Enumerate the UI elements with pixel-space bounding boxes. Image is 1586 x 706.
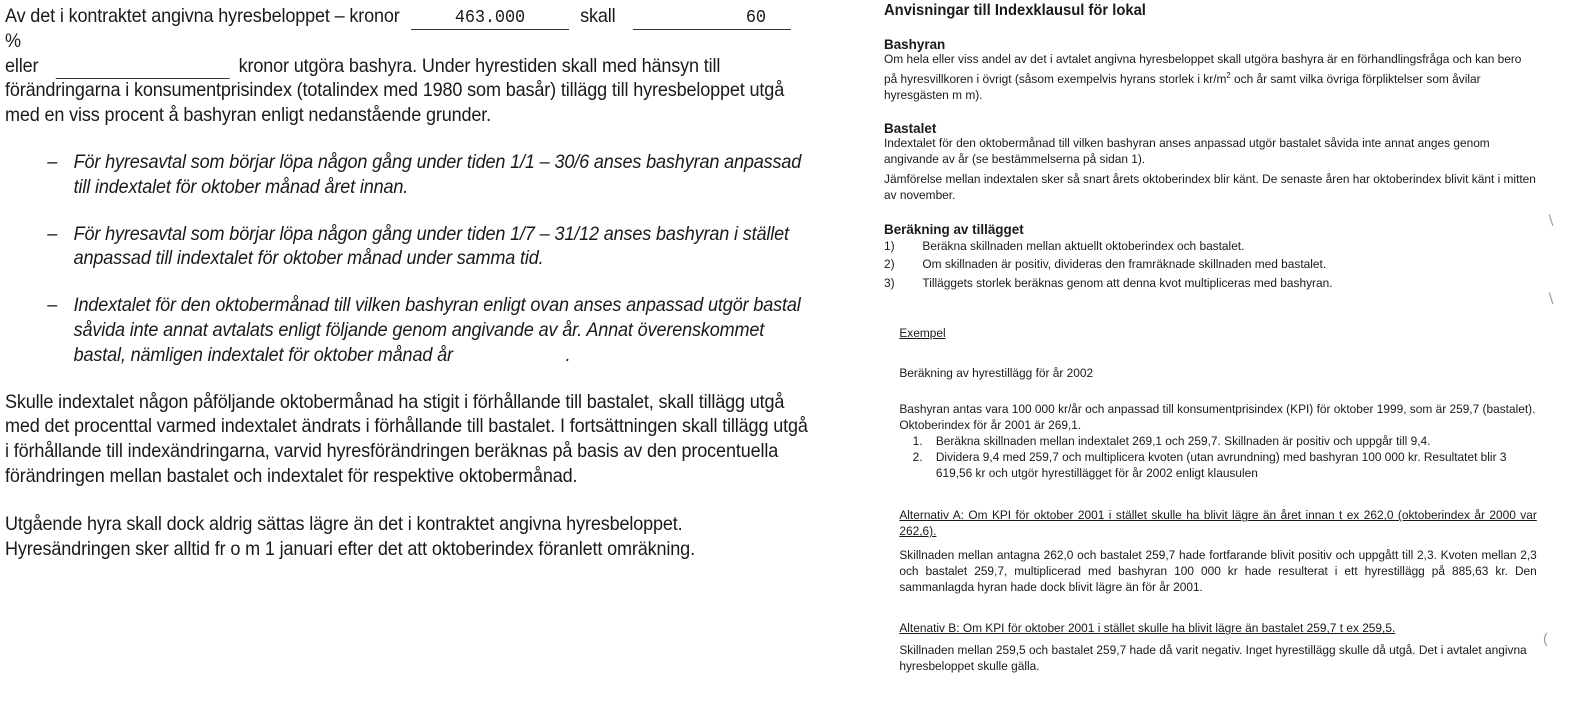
rules-list: För hyresavtal som börjar löpa någon gån… <box>5 151 813 369</box>
bashyran-text: Om hela eller viss andel av det i avtale… <box>884 52 1537 104</box>
calculation-steps: 1)Beräkna skillnaden mellan aktuellt okt… <box>884 239 1537 292</box>
base-rent-kronor-field[interactable] <box>55 56 229 79</box>
example-body: Bashyran antas vara 100 000 kr/år och an… <box>899 402 1536 434</box>
bastalet-text-2: Jämförelse mellan indextalen sker så sna… <box>884 172 1537 204</box>
scan-artifact-icon: ∖ <box>1546 290 1555 307</box>
alternative-a-body: Skillnaden mellan antagna 262,0 och bast… <box>899 548 1536 595</box>
percent-sign: % <box>5 31 21 52</box>
alternative-b-body: Skillnaden mellan 259,5 och bastalet 259… <box>899 643 1536 675</box>
scan-artifact-icon: ( <box>1543 630 1548 646</box>
berakning-heading: Beräkning av tillägget <box>884 221 1537 237</box>
example-subtitle: Beräkning av hyrestillägg för år 2002 <box>899 366 1536 382</box>
rule-item: För hyresavtal som börjar löpa någon gån… <box>47 223 813 273</box>
minimum-rent-paragraph: Utgående hyra skall dock aldrig sättas l… <box>5 513 813 563</box>
step-item: 3)Tilläggets storlek beräknas genom att … <box>884 276 1537 292</box>
bashyran-heading: Bashyran <box>884 36 1537 52</box>
intro-text-1: Av det i kontraktet angivna hyresbeloppe… <box>5 6 400 27</box>
increase-paragraph: Skulle indextalet någon påföljande oktob… <box>5 391 813 490</box>
example-step: 1.Beräkna skillnaden mellan indextalet 2… <box>899 434 1536 450</box>
instructions-title: Anvisningar till Indexklausul för lokal <box>884 3 1537 19</box>
example-steps: 1.Beräkna skillnaden mellan indextalet 2… <box>899 434 1536 481</box>
index-clause-section: Av det i kontraktet angivna hyresbeloppe… <box>5 0 813 562</box>
year-field[interactable]: . <box>566 344 571 369</box>
intro-text-2: skall <box>580 6 615 27</box>
alternative-b-heading: Altenativ B: Om KPI för oktober 2001 i s… <box>899 621 1536 637</box>
intro-paragraph: Av det i kontraktet angivna hyresbeloppe… <box>5 5 813 129</box>
rule-item: För hyresavtal som börjar löpa någon gån… <box>47 151 813 201</box>
rule-item: Indextalet för den oktobermånad till vil… <box>47 294 813 368</box>
intro-text-3: eller <box>5 56 38 77</box>
bastalet-heading: Bastalet <box>884 120 1537 136</box>
rent-amount-field[interactable]: 463.000 <box>411 7 569 30</box>
alternative-a-heading: Alternativ A: Om KPI för oktober 2001 i … <box>899 508 1536 540</box>
step-item: 2)Om skillnaden är positiv, divideras de… <box>884 257 1537 273</box>
scan-artifact-icon: ∖ <box>1546 212 1555 229</box>
example-step: 2.Dividera 9,4 med 259,7 och multiplicer… <box>899 450 1536 482</box>
bastalet-text-1: Indextalet för den oktobermånad till vil… <box>884 136 1537 168</box>
instructions-section: Anvisningar till Indexklausul för lokal … <box>884 0 1537 675</box>
percent-field[interactable]: 60 <box>632 7 790 30</box>
example-title: Exempel <box>899 326 1536 342</box>
step-item: 1)Beräkna skillnaden mellan aktuellt okt… <box>884 239 1537 255</box>
